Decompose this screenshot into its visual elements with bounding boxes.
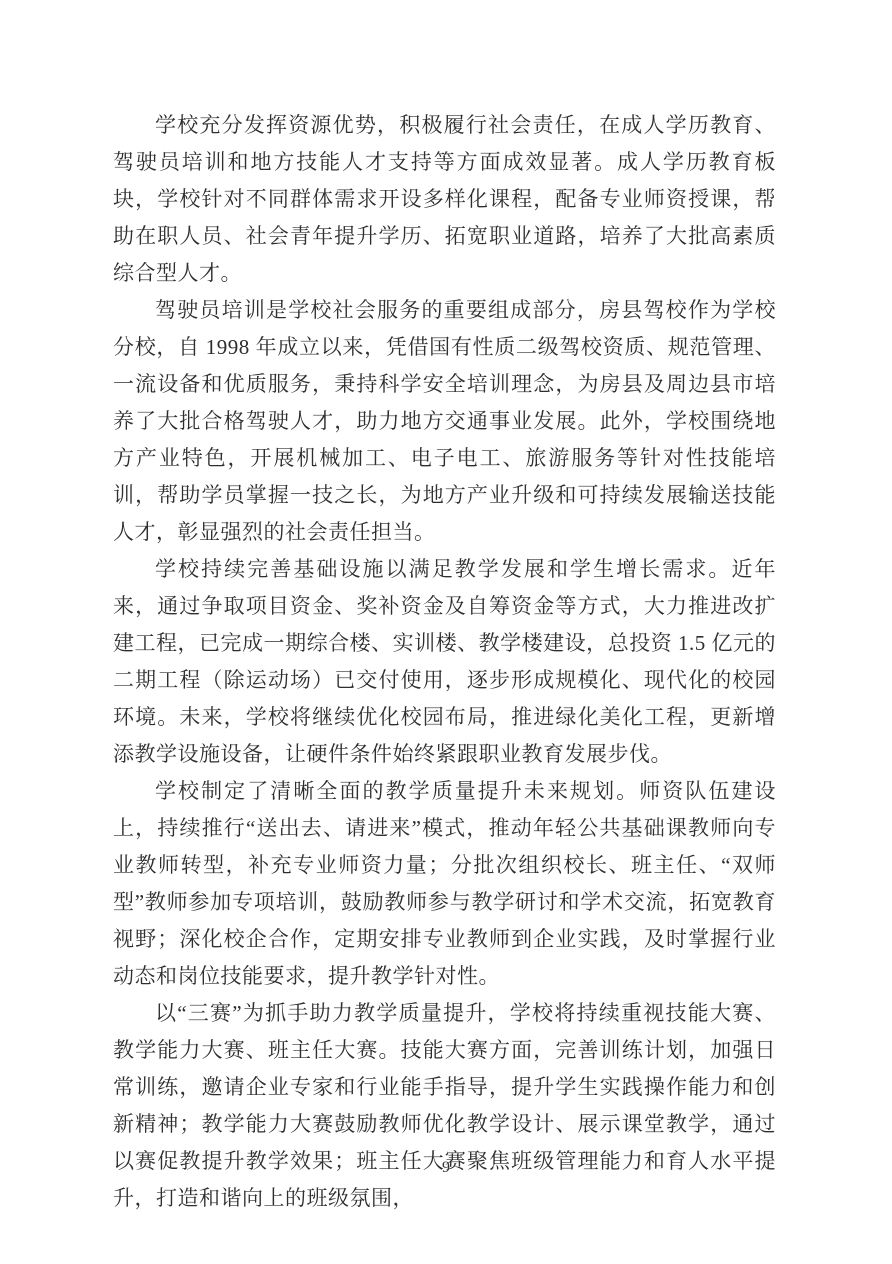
paragraph-teaching-quality-plan: 学校制定了清晰全面的教学质量提升未来规划。师资队伍建设上，持续推行“送出去、请进…: [113, 773, 776, 995]
paragraph-driver-training: 驾驶员培训是学校社会服务的重要组成部分，房县驾校作为学校分校，自 1998 年成…: [113, 292, 776, 551]
paragraph-social-service-overview: 学校充分发挥资源优势，积极履行社会责任，在成人学历教育、驾驶员培训和地方技能人才…: [113, 107, 776, 292]
page-body: 学校充分发挥资源优势，积极履行社会责任，在成人学历教育、驾驶员培训和地方技能人才…: [113, 107, 776, 1217]
page-number: 9: [0, 1157, 892, 1179]
paragraph-three-competitions: 以“三赛”为抓手助力教学质量提升，学校将持续重视技能大赛、教学能力大赛、班主任大…: [113, 995, 776, 1217]
paragraph-infrastructure: 学校持续完善基础设施以满足教学发展和学生增长需求。近年来，通过争取项目资金、奖补…: [113, 551, 776, 773]
document-page: 学校充分发挥资源优势，积极履行社会责任，在成人学历教育、驾驶员培训和地方技能人才…: [0, 0, 892, 1264]
